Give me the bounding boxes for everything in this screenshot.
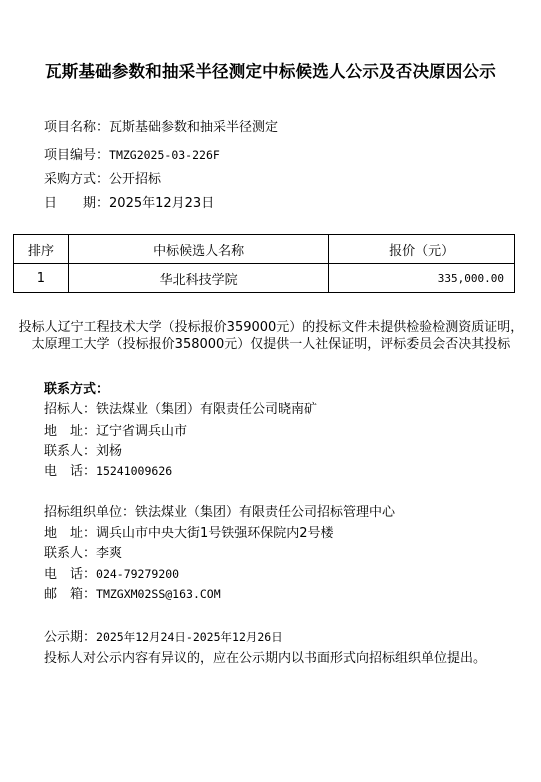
agency-line: 招标组织单位：铁法煤业（集团）有限责任公司招标管理中心	[44, 505, 395, 521]
tenderer-phone-value: 15241009626	[96, 464, 172, 478]
agency-label: 招标组织单位：	[44, 505, 135, 520]
agency-phone-label: 电 话：	[44, 567, 96, 582]
project-number-line: 项目编号：TMZG2025-03-226F	[44, 147, 220, 164]
contact-heading: 联系方式：	[44, 378, 109, 397]
objection-notice: 投标人对公示内容有异议的，应在公示期内以书面形式向招标组织单位提出。	[44, 647, 486, 666]
date-line: 日期：2025年12月23日	[44, 196, 214, 212]
agency-address-label: 地 址：	[44, 526, 96, 541]
agency-contact-label: 联系人：	[44, 546, 96, 561]
agency-email-label: 邮 箱：	[44, 587, 96, 602]
agency-email-value[interactable]: TMZGXM02SS@163.COM	[96, 587, 221, 601]
publicity-period-line: 公示期：2025年12月24日-2025年12月26日	[44, 626, 283, 645]
header-price: 报价（元）	[329, 235, 515, 264]
cell-candidate-name: 华北科技学院	[68, 264, 328, 293]
project-name-value: 瓦斯基础参数和抽采半径测定	[109, 120, 278, 135]
agency-phone-line: 电 话：024-79279200	[44, 566, 179, 583]
tenderer-value: 铁法煤业（集团）有限责任公司晓南矿	[96, 402, 317, 417]
agency-contact-line: 联系人：李爽	[44, 546, 122, 562]
agency-email-line: 邮 箱：TMZGXM02SS@163.COM	[44, 586, 221, 603]
agency-address-line: 地 址：调兵山市中央大街1号铁强环保院内2号楼	[44, 526, 334, 542]
cell-rank: 1	[14, 264, 69, 293]
tenderer-contact-value: 刘杨	[96, 444, 122, 459]
project-name-line: 项目名称：瓦斯基础参数和抽采半径测定	[44, 120, 278, 136]
tenderer-label: 招标人：	[44, 402, 96, 417]
page-title: 瓦斯基础参数和抽采半径测定中标候选人公示及否决原因公示	[0, 58, 541, 82]
tenderer-address-label: 地 址：	[44, 424, 96, 439]
table-row: 1 华北科技学院 335,000.00	[14, 264, 515, 293]
agency-value: 铁法煤业（集团）有限责任公司招标管理中心	[135, 505, 395, 520]
project-number-label: 项目编号：	[44, 148, 109, 164]
project-number-value: TMZG2025-03-226F	[109, 148, 220, 162]
cell-price: 335,000.00	[329, 264, 515, 293]
candidate-table: 排序 中标候选人名称 报价（元） 1 华北科技学院 335,000.00	[13, 234, 515, 293]
agency-contact-value: 李爽	[96, 546, 122, 561]
table-header-row: 排序 中标候选人名称 报价（元）	[14, 235, 515, 264]
procurement-method-label: 采购方式：	[44, 172, 109, 188]
publicity-period-label: 公示期：	[44, 630, 96, 645]
tenderer-address-value: 辽宁省调兵山市	[96, 424, 187, 439]
publicity-period-value: 2025年12月24日-2025年12月26日	[96, 630, 283, 644]
agency-phone-value: 024-79279200	[96, 567, 179, 581]
rejection-reason: 投标人辽宁工程技术大学（投标报价359000元）的投标文件未提供检验检测资质证明…	[16, 319, 526, 353]
tenderer-address-line: 地 址：辽宁省调兵山市	[44, 424, 187, 440]
date-value: 2025年12月23日	[109, 196, 214, 211]
procurement-method-line: 采购方式：公开招标	[44, 172, 161, 188]
date-label-2: 期：	[83, 196, 109, 212]
project-name-label: 项目名称：	[44, 120, 109, 136]
tenderer-line: 招标人：铁法煤业（集团）有限责任公司晓南矿	[44, 402, 317, 418]
tenderer-phone-label: 电 话：	[44, 464, 96, 479]
tenderer-phone-line: 电 话：15241009626	[44, 463, 172, 480]
date-label-1: 日	[44, 196, 57, 212]
tenderer-contact-label: 联系人：	[44, 444, 96, 459]
tenderer-contact-line: 联系人：刘杨	[44, 444, 122, 460]
header-candidate-name: 中标候选人名称	[68, 235, 328, 264]
header-rank: 排序	[14, 235, 69, 264]
procurement-method-value: 公开招标	[109, 172, 161, 187]
agency-address-value: 调兵山市中央大街1号铁强环保院内2号楼	[96, 526, 334, 541]
